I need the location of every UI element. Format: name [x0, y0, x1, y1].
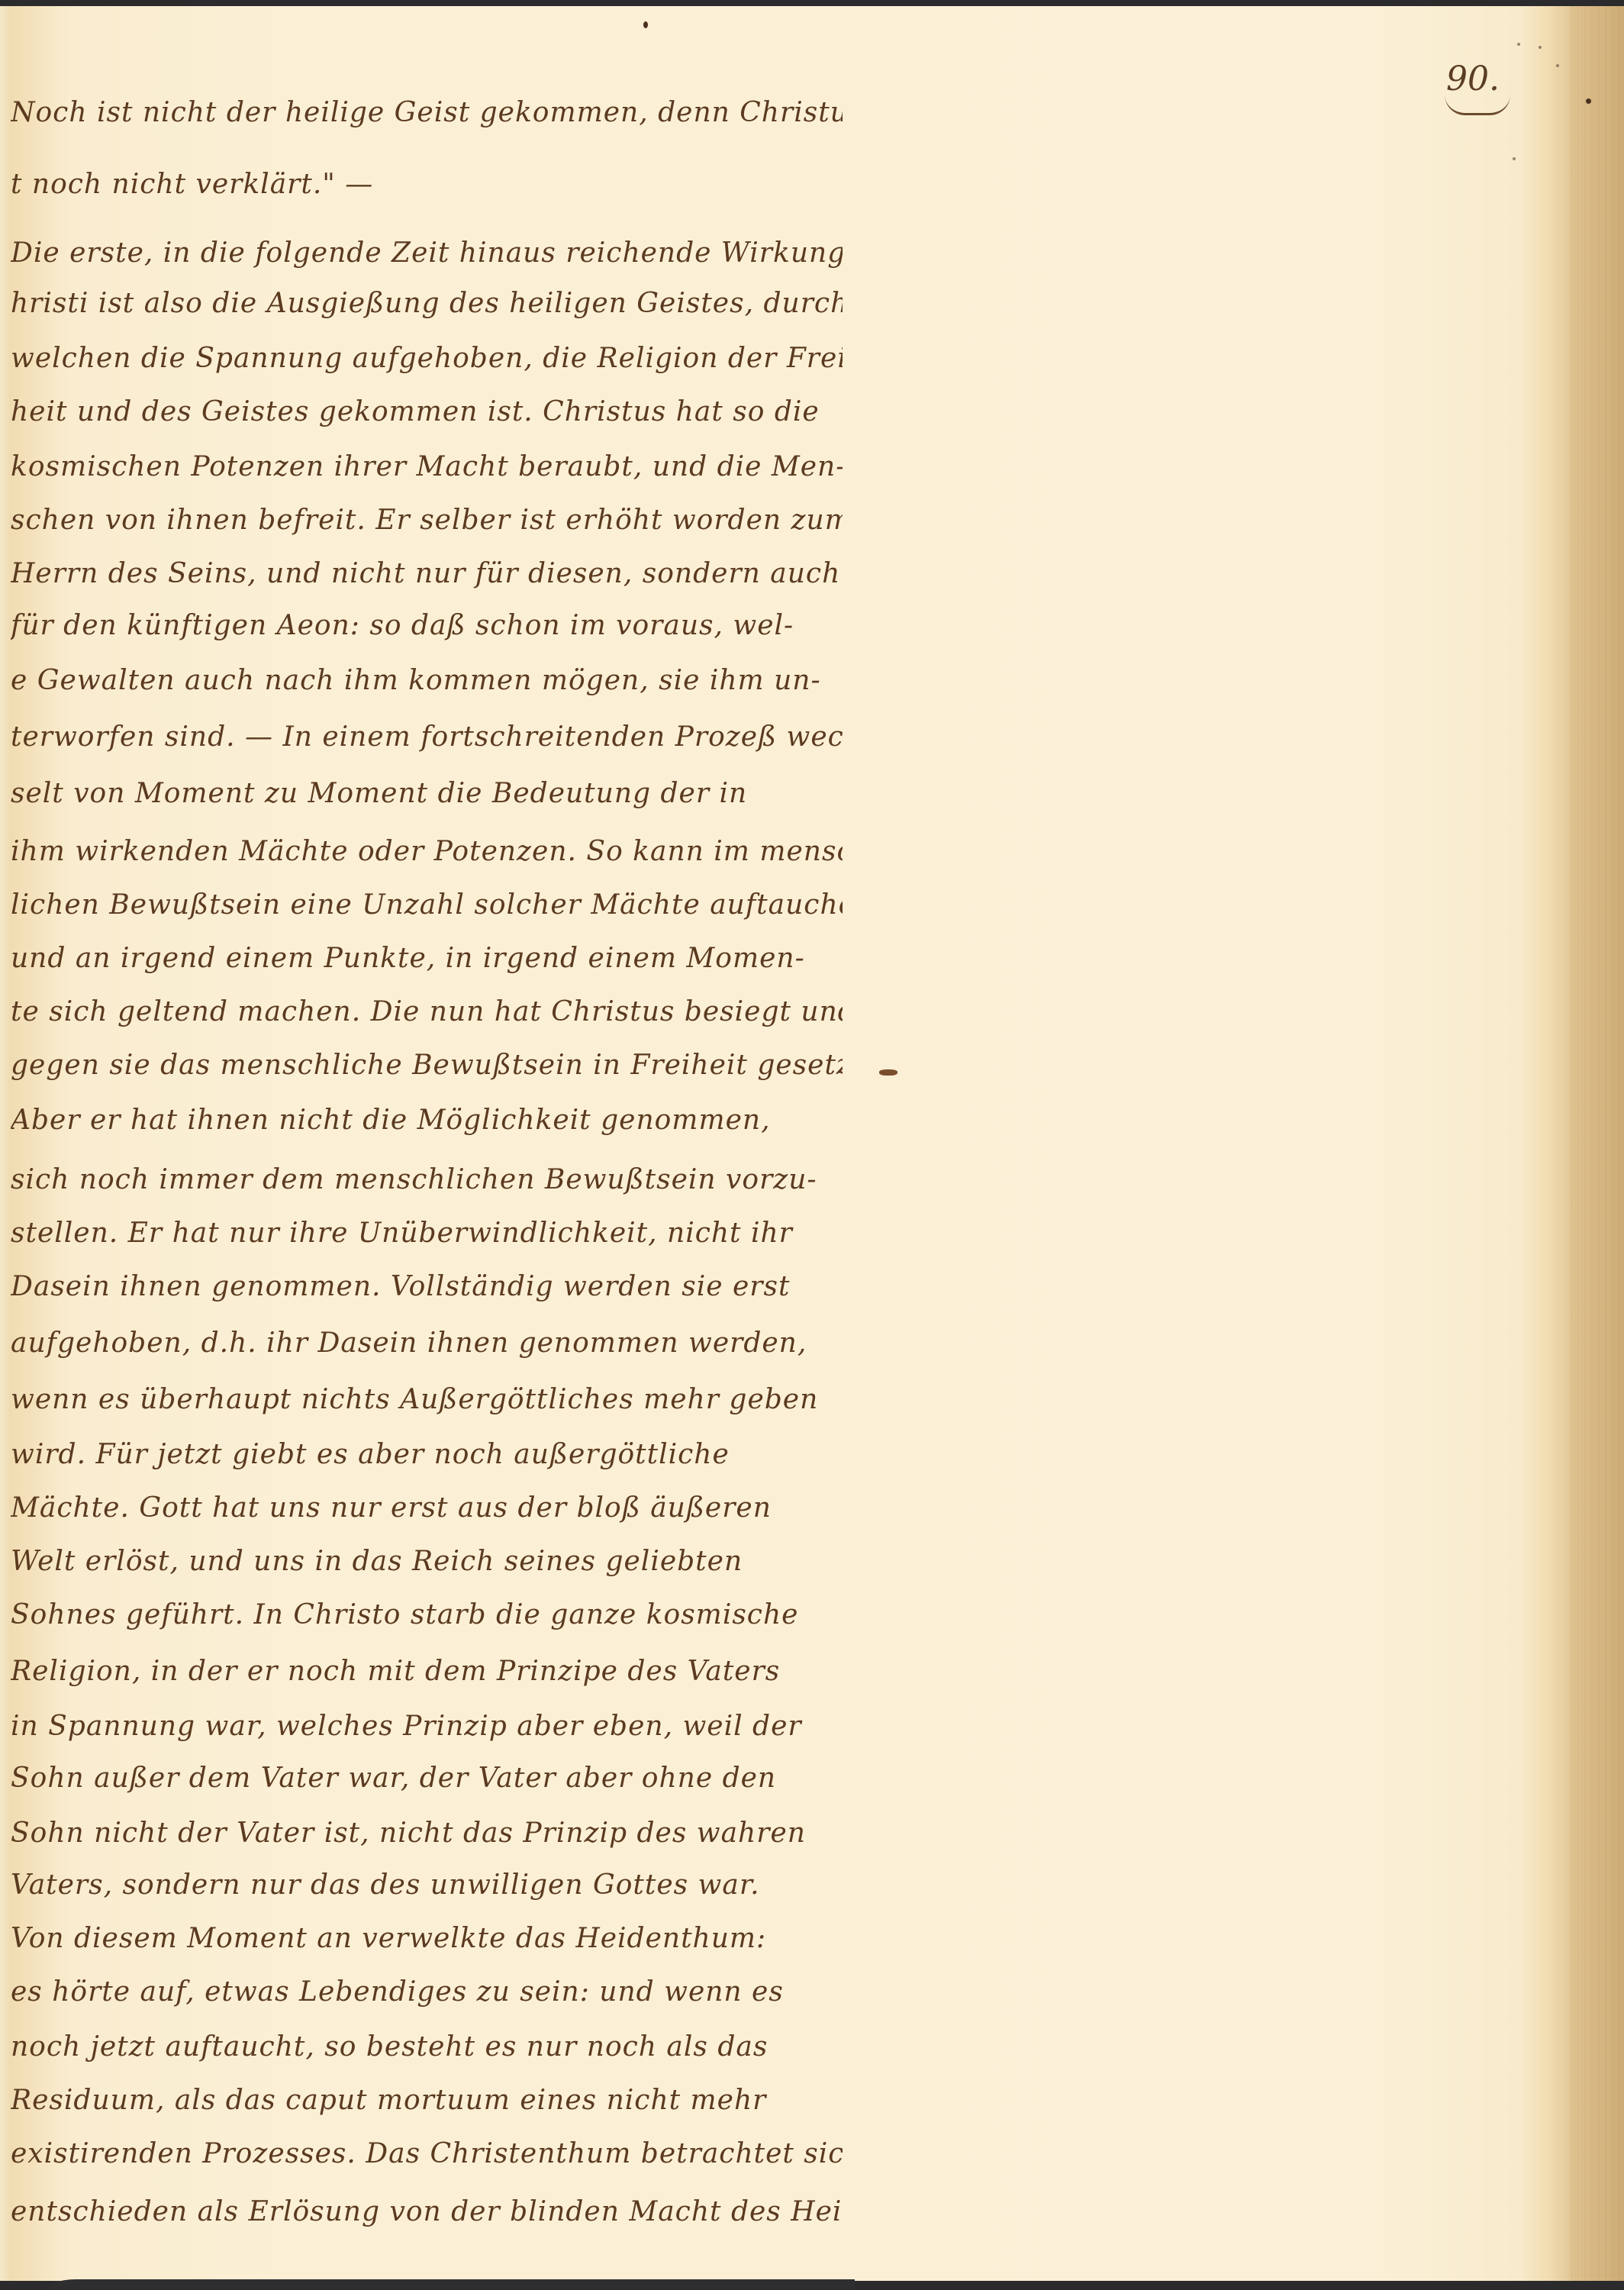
manuscript-line: stellen. Er hat nur ihre Unüberwindlichk… — [11, 1217, 843, 1250]
manuscript-line: Mächte. Gott hat uns nur erst aus der bl… — [11, 1492, 843, 1525]
manuscript-line: heit und des Geistes gekommen ist. Chris… — [11, 395, 843, 429]
manuscript-line: Sohnes geführt. In Christo starb die gan… — [11, 1598, 843, 1632]
page-edge-stain — [1571, 6, 1624, 2281]
manuscript-line: Religion, in der er noch mit dem Prinzip… — [11, 1655, 843, 1688]
manuscript-line: ihm wirkenden Mächte oder Potenzen. So k… — [11, 835, 843, 869]
manuscript-line: und an irgend einem Punkte, in irgend ei… — [11, 942, 843, 976]
paper-speck — [1513, 157, 1516, 160]
manuscript-line: Sohn außer dem Vater war, der Vater aber… — [11, 1762, 843, 1795]
ink-blot — [879, 1069, 897, 1076]
manuscript-line: hristi ist also die Ausgießung des heili… — [11, 287, 843, 321]
manuscript-line: wenn es überhaupt nichts Außergöttliches… — [11, 1383, 843, 1417]
manuscript-line: Aber er hat ihnen nicht die Möglichkeit … — [11, 1104, 843, 1137]
manuscript-line: kosmischen Potenzen ihrer Macht beraubt,… — [11, 450, 843, 484]
folio-number: 90. — [1446, 60, 1500, 98]
manuscript-line: Vaters, sondern nur das des unwilligen G… — [11, 1869, 843, 1902]
book-cover-edge — [46, 2279, 855, 2290]
ink-blot — [643, 21, 648, 28]
manuscript-line: Die erste, in die folgende Zeit hinaus r… — [11, 237, 843, 270]
manuscript-page: 90. Noch ist nicht der heilige Geist gek… — [0, 6, 1624, 2281]
manuscript-line: existirenden Prozesses. Das Christenthum… — [11, 2137, 843, 2171]
paper-speck — [1517, 43, 1520, 46]
paper-speck — [1539, 46, 1542, 49]
manuscript-line: gegen sie das menschliche Bewußtsein in … — [11, 1049, 843, 1082]
manuscript-line: sich noch immer dem menschlichen Bewußts… — [11, 1163, 843, 1197]
manuscript-line: Noch ist nicht der heilige Geist gekomme… — [11, 96, 843, 130]
manuscript-line: Herrn des Seins, und nicht nur für diese… — [11, 557, 843, 591]
manuscript-line: Welt erlöst, und uns in das Reich seines… — [11, 1545, 843, 1579]
manuscript-line: terworfen sind. — In einem fortschreiten… — [11, 721, 843, 754]
manuscript-line: t noch nicht verklärt." — — [11, 168, 843, 202]
ink-blot — [1586, 98, 1591, 104]
folio-underline-swash — [1445, 95, 1510, 115]
manuscript-line: Sohn nicht der Vater ist, nicht das Prin… — [11, 1817, 843, 1850]
manuscript-line: Dasein ihnen genommen. Vollständig werde… — [11, 1270, 843, 1304]
handwritten-text-block: Noch ist nicht der heilige Geist gekomme… — [0, 6, 855, 2281]
paper-speck — [1556, 64, 1559, 67]
manuscript-line: noch jetzt auftaucht, so besteht es nur … — [11, 2030, 843, 2064]
manuscript-line: selt von Moment zu Moment die Bedeutung … — [11, 777, 843, 811]
manuscript-line: schen von ihnen befreit. Er selber ist e… — [11, 504, 843, 537]
manuscript-line: Residuum, als das caput mortuum eines ni… — [11, 2084, 843, 2117]
manuscript-line: te sich geltend machen. Die nun hat Chri… — [11, 995, 843, 1029]
manuscript-line: für den künftigen Aeon: so daß schon im … — [11, 609, 843, 643]
manuscript-line: es hörte auf, etwas Lebendiges zu sein: … — [11, 1976, 843, 2009]
manuscript-line: e Gewalten auch nach ihm kommen mögen, s… — [11, 664, 843, 698]
manuscript-line: in Spannung war, welches Prinzip aber eb… — [11, 1710, 843, 1743]
manuscript-line: Von diesem Moment an verwelkte das Heide… — [11, 1922, 843, 1956]
manuscript-line: entschieden als Erlösung von der blinden… — [11, 2195, 843, 2229]
manuscript-line: lichen Bewußtsein eine Unzahl solcher Mä… — [11, 889, 843, 922]
manuscript-line: welchen die Spannung aufgehoben, die Rel… — [11, 342, 843, 376]
manuscript-line: aufgehoben, d.h. ihr Dasein ihnen genomm… — [11, 1327, 843, 1360]
manuscript-line: wird. Für jetzt giebt es aber noch außer… — [11, 1438, 843, 1472]
